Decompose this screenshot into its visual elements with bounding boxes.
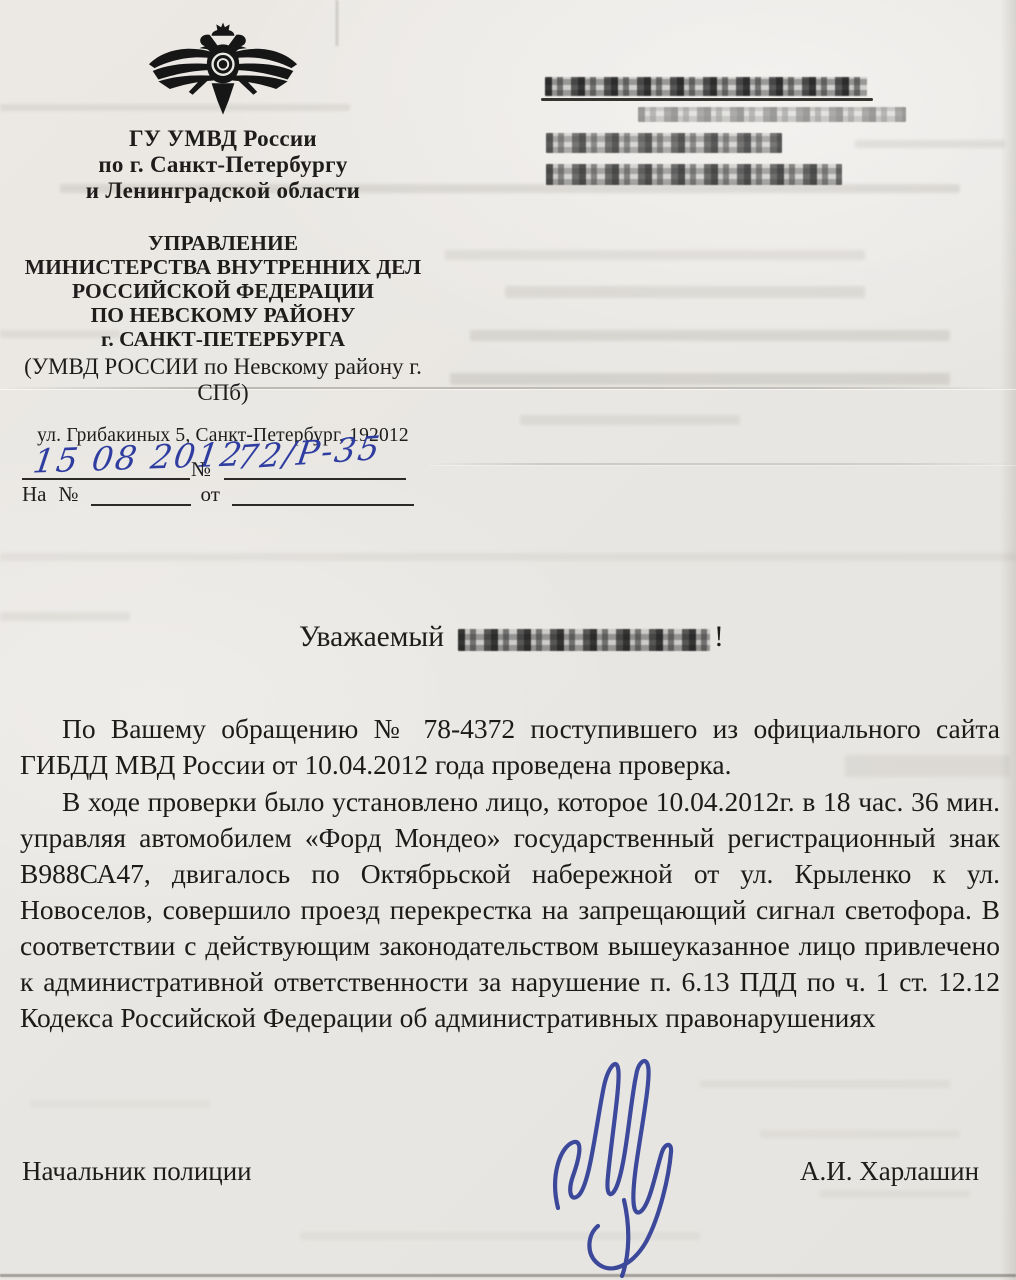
ghost-artifact xyxy=(30,1100,210,1108)
number-underline xyxy=(224,478,406,480)
ghost-artifact xyxy=(450,373,950,385)
signer-title: Начальник полиции xyxy=(22,1156,252,1187)
recipient-street-redacted xyxy=(546,164,842,185)
incoming-number-blank xyxy=(91,486,191,506)
ghost-artifact xyxy=(760,1130,960,1138)
date-underline xyxy=(22,478,190,480)
scanned-letter-page: ГУ УМВД России по г. Санкт-Петербургу и … xyxy=(0,0,1016,1280)
org-top-line: по г. Санкт-Петербургу xyxy=(16,152,430,178)
salutation-prefix: Уважаемый xyxy=(299,621,444,654)
salutation-suffix: ! xyxy=(714,621,724,654)
signer-name: А.И. Харлашин xyxy=(800,1156,979,1187)
org-top-block: ГУ УМВД России по г. Санкт-Петербургу и … xyxy=(16,126,430,204)
org-top-line: и Ленинградской области xyxy=(16,178,430,204)
incoming-from-label: от xyxy=(201,482,220,507)
org-main-line: МИНИСТЕРСТВА ВНУТРЕННИХ ДЕЛ xyxy=(16,255,430,279)
body-paragraph-2: В ходе проверки было установлено лицо, к… xyxy=(20,784,1000,1036)
handwritten-signature-icon xyxy=(528,1048,724,1280)
ghost-artifact xyxy=(520,415,740,425)
ghost-artifact xyxy=(505,286,865,298)
salutation-line: Уважаемый ! xyxy=(299,621,724,654)
paper-bottom-edge xyxy=(0,1274,1016,1277)
ghost-artifact xyxy=(470,330,950,341)
ghost-artifact xyxy=(820,1190,970,1198)
recipient-line-redacted xyxy=(638,107,906,122)
outgoing-number-sign: № xyxy=(191,457,211,482)
ghost-artifact xyxy=(0,612,130,621)
org-main-line: УПРАВЛЕНИЕ xyxy=(16,231,430,255)
body-paragraph-1: По Вашему обращению № 78-4372 поступивше… xyxy=(20,711,1000,783)
paper-crease xyxy=(430,463,1016,465)
incoming-number-sign: № xyxy=(59,482,79,507)
recipient-postcode-city-redacted xyxy=(546,133,782,153)
paper-edge-shadow xyxy=(1000,0,1016,1280)
recipient-name-underline xyxy=(541,98,873,101)
letter-body: По Вашему обращению № 78-4372 поступивше… xyxy=(20,711,1000,1036)
letterhead: ГУ УМВД России по г. Санкт-Петербургу и … xyxy=(16,20,430,447)
salutation-name-redacted xyxy=(458,629,710,651)
org-main-line: ПО НЕВСКОМУ РАЙОНУ xyxy=(16,303,430,327)
mvd-double-eagle-emblem-icon xyxy=(147,20,299,120)
incoming-reference-line: На № от xyxy=(22,482,414,507)
recipient-name-redacted xyxy=(545,77,867,96)
ghost-artifact xyxy=(855,140,1005,148)
org-abbreviation: (УМВД РОССИИ по Невскому району г. СПб) xyxy=(16,354,430,406)
org-main-line: РОССИЙСКОЙ ФЕДЕРАЦИИ xyxy=(16,279,430,303)
incoming-prefix: На xyxy=(22,482,47,507)
ghost-artifact xyxy=(445,250,865,260)
org-top-line: ГУ УМВД России xyxy=(16,126,430,152)
org-main-line: г. САНКТ-ПЕТЕРБУРГА xyxy=(16,327,430,351)
handwritten-date: 15 08 2012 xyxy=(31,434,247,480)
ghost-artifact xyxy=(700,1080,950,1088)
org-main-block: УПРАВЛЕНИЕ МИНИСТЕРСТВА ВНУТРЕННИХ ДЕЛ Р… xyxy=(16,231,430,351)
incoming-date-blank xyxy=(232,486,414,506)
ghost-artifact xyxy=(0,553,1016,561)
